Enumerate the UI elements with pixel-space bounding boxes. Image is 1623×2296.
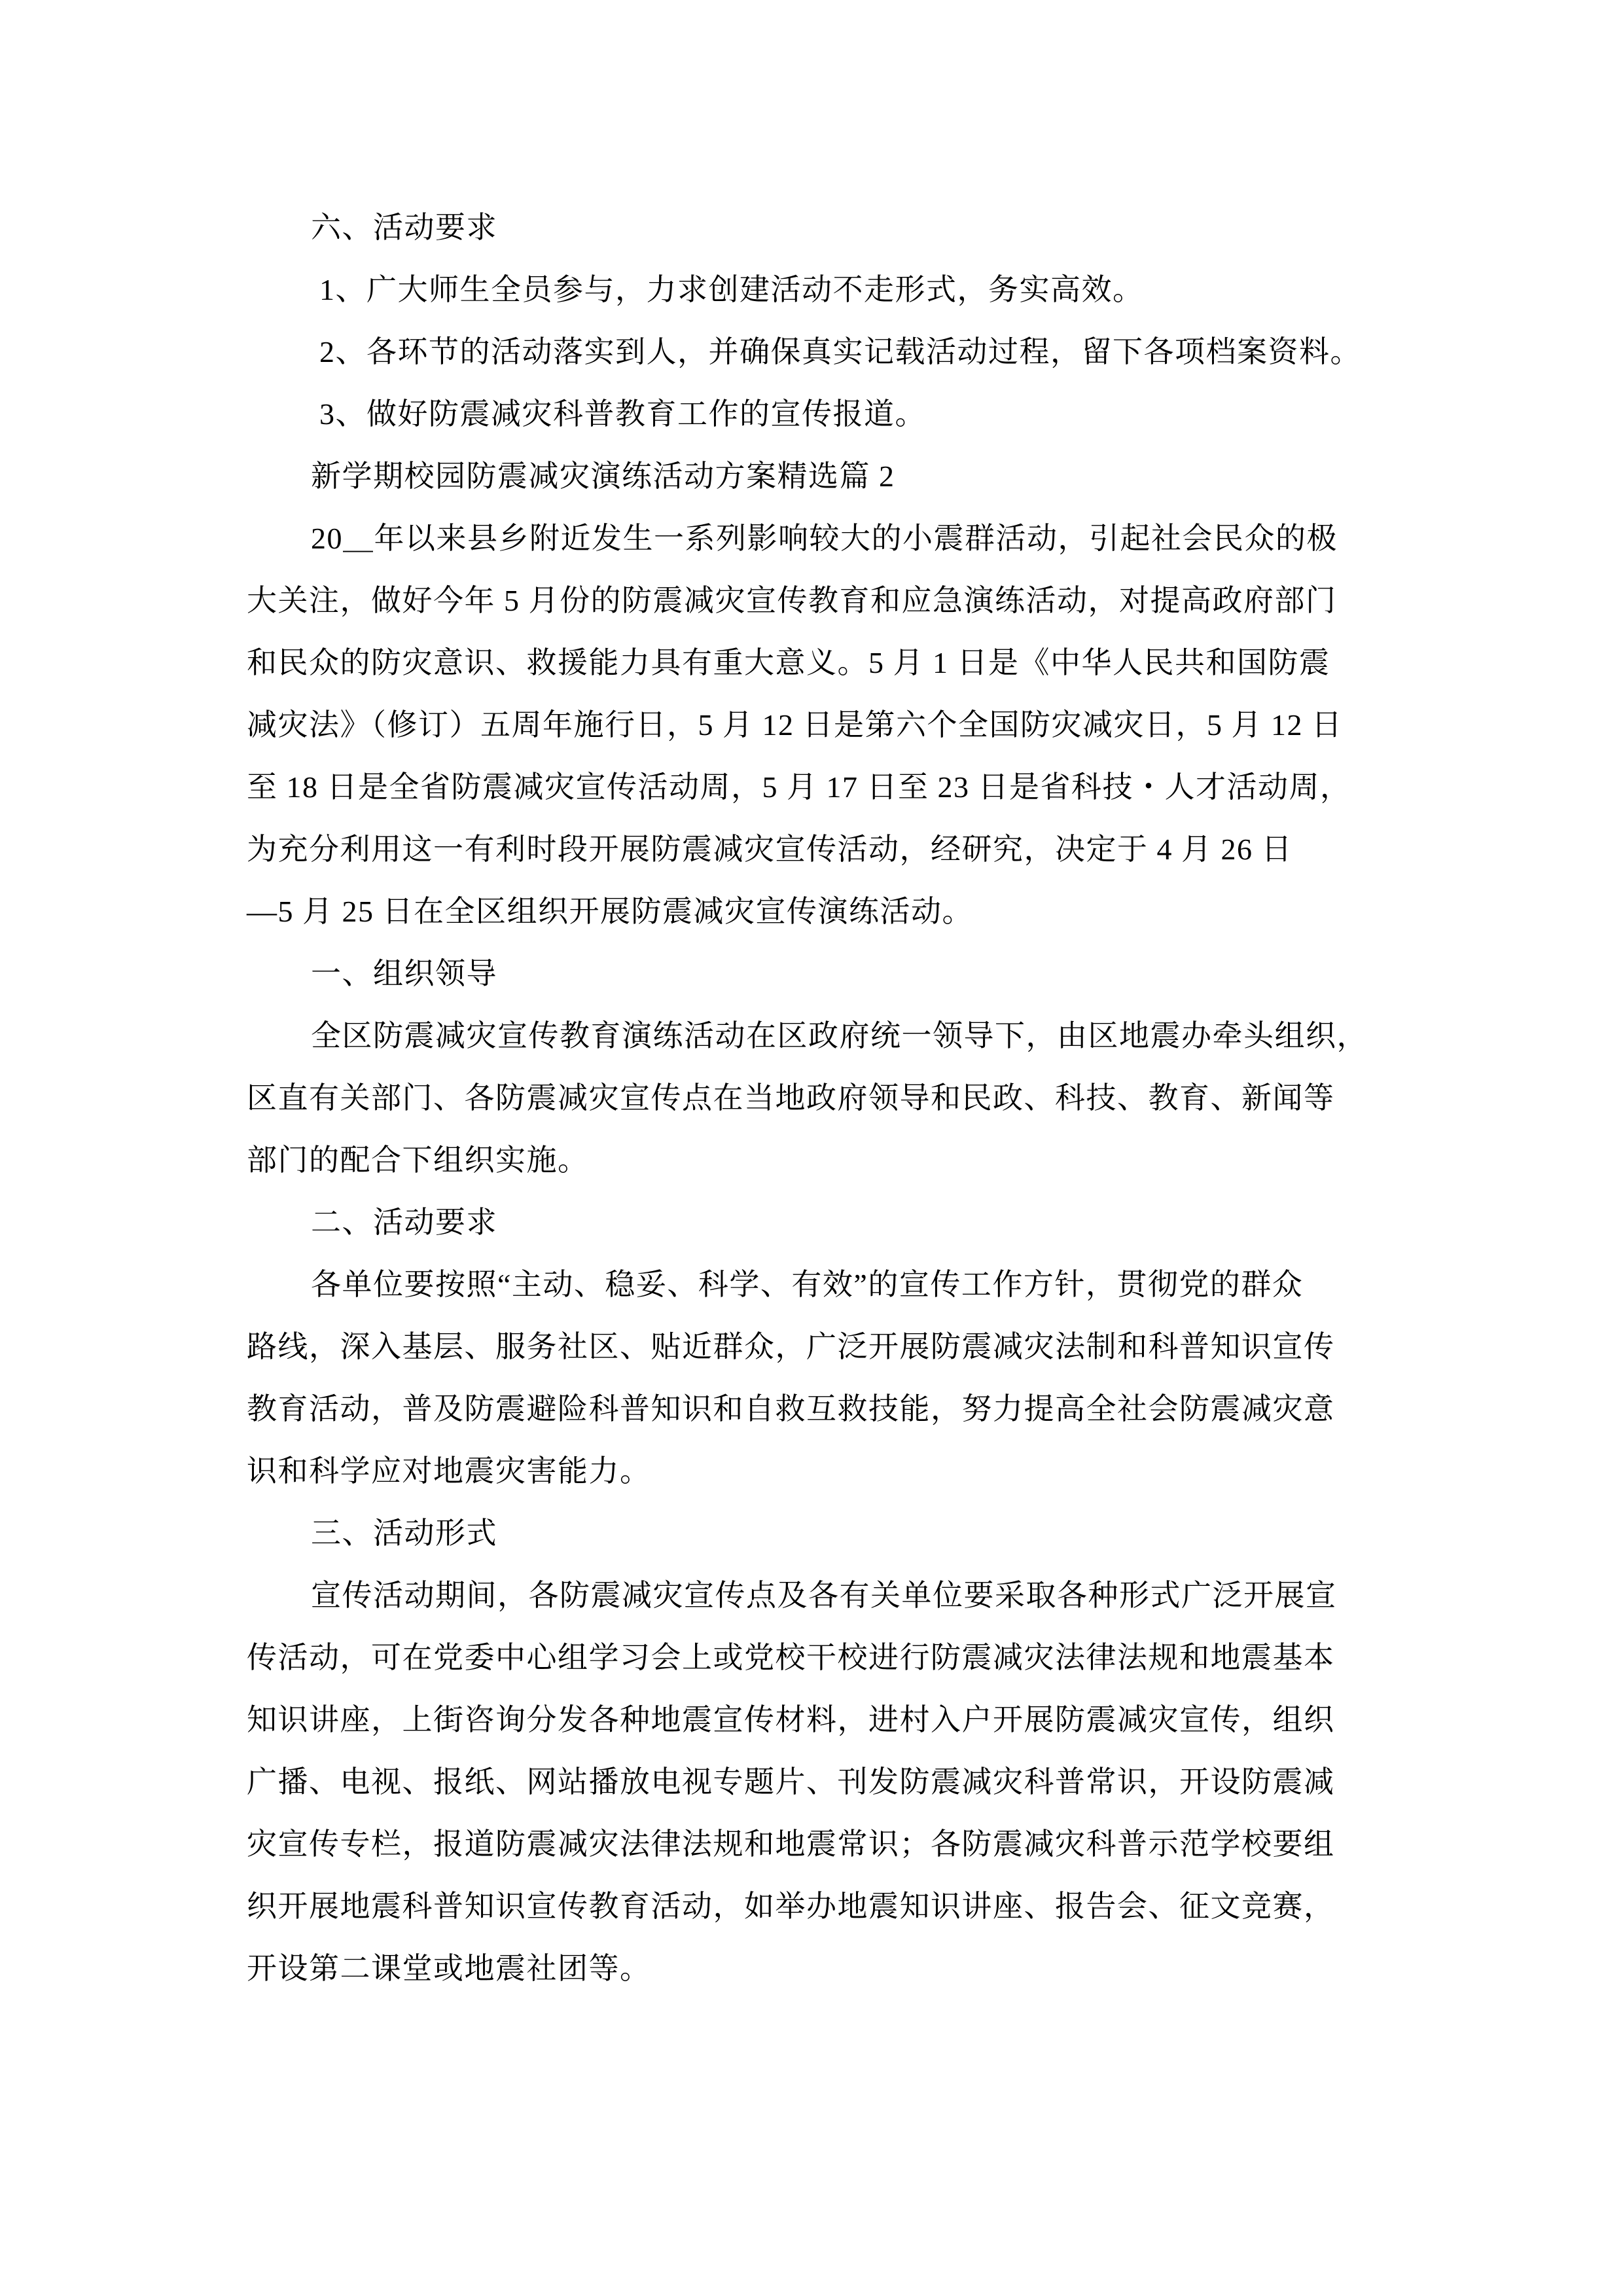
paragraph-line: 全区防震减灾宣传教育演练活动在区政府统一领导下，由区地震办牵头组织， [311,1016,1430,1056]
paragraph-line: 20＿年以来县乡附近发生一系列影响较大的小震群活动，引起社会民众的极 [311,519,1430,558]
article-title: 新学期校园防震减灾演练活动方案精选篇 2 [311,457,1430,496]
section-heading: 三、活动形式 [311,1514,1430,1553]
paragraph-line: 开设第二课堂或地震社团等。 [247,1949,1366,1988]
list-item: 2、各环节的活动落实到人，并确保真实记载活动过程，留下各项档案资料。 [319,332,1438,372]
section-heading: 二、活动要求 [311,1203,1430,1242]
paragraph-line: 至 18 日是全省防震减灾宣传活动周，5 月 17 日至 23 日是省科技・人才… [247,768,1366,807]
list-item: 3、做好防震减灾科普教育工作的宣传报道。 [319,395,1438,434]
paragraph-line: —5 月 25 日在全区组织开展防震减灾宣传演练活动。 [247,892,1366,931]
paragraph-line: 织开展地震科普知识宣传教育活动，如举办地震知识讲座、报告会、征文竞赛， [247,1887,1366,1926]
paragraph-line: 知识讲座，上街咨询分发各种地震宣传材料，进村入户开展防震减灾宣传，组织 [247,1700,1366,1740]
document-page: 六、活动要求 1、广大师生全员参与，力求创建活动不走形式，务实高效。 2、各环节… [0,0,1623,2296]
paragraph-line: 传活动，可在党委中心组学习会上或党校干校进行防震减灾法律法规和地震基本 [247,1638,1366,1677]
list-item: 1、广大师生全员参与，力求创建活动不走形式，务实高效。 [319,270,1438,310]
paragraph-line: 各单位要按照“主动、稳妥、科学、有效”的宣传工作方针，贯彻党的群众 [311,1265,1430,1304]
paragraph-line: 识和科学应对地震灾害能力。 [247,1452,1366,1491]
section-heading: 一、组织领导 [311,954,1430,994]
paragraph-line: 大关注，做好今年 5 月份的防震减灾宣传教育和应急演练活动，对提高政府部门 [247,581,1366,620]
paragraph-line: 和民众的防灾意识、救援能力具有重大意义。5 月 1 日是《中华人民共和国防震 [247,643,1366,683]
paragraph-line: 减灾法》（修订）五周年施行日，5 月 12 日是第六个全国防灾减灾日，5 月 1… [247,706,1366,745]
paragraph-line: 广播、电视、报纸、网站播放电视专题片、刊发防震减灾科普常识，开设防震减 [247,1763,1366,1802]
paragraph-line: 灾宣传专栏，报道防震减灾法律法规和地震常识；各防震减灾科普示范学校要组 [247,1825,1366,1864]
paragraph-line: 路线，深入基层、服务社区、贴近群众，广泛开展防震减灾法制和科普知识宣传 [247,1327,1366,1367]
paragraph-line: 部门的配合下组织实施。 [247,1141,1366,1180]
paragraph-line: 宣传活动期间，各防震减灾宣传点及各有关单位要采取各种形式广泛开展宣 [311,1576,1430,1615]
section-heading: 六、活动要求 [311,208,1430,247]
paragraph-line: 教育活动，普及防震避险科普知识和自救互救技能，努力提高全社会防震减灾意 [247,1390,1366,1429]
paragraph-line: 为充分利用这一有利时段开展防震减灾宣传活动，经研究，决定于 4 月 26 日 [247,830,1366,869]
paragraph-line: 区直有关部门、各防震减灾宣传点在当地政府领导和民政、科技、教育、新闻等 [247,1079,1366,1118]
